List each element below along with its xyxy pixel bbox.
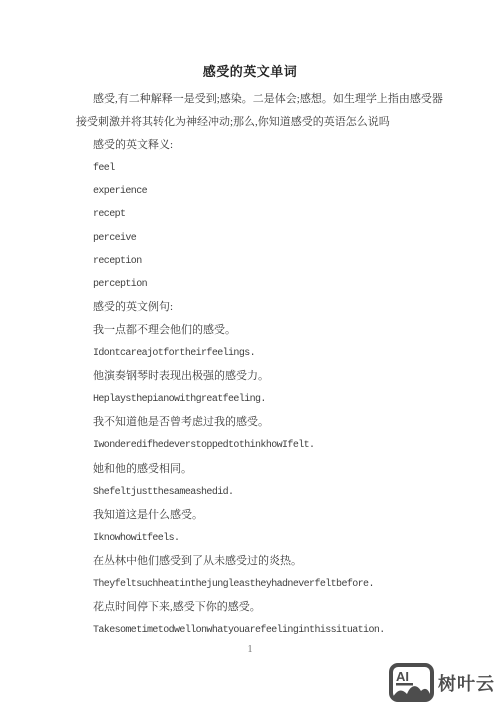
text-line: Takesometimetodwellonwhatyouarefeelingin…	[76, 619, 460, 642]
brand-name: 树叶云	[438, 670, 495, 696]
text-line: 我一点都不理会他们的感受。	[76, 319, 460, 342]
text-line: perception	[76, 273, 460, 296]
text-line: Shefeltjustthesameashedid.	[76, 481, 460, 504]
text-line: 在丛林中他们感受到了从未感受过的炎热。	[76, 550, 460, 573]
text-line: recept	[76, 203, 460, 226]
logo-ai-underline	[396, 683, 413, 686]
text-line: 他演奏钢琴时表现出极强的感受力。	[76, 365, 460, 388]
text-line: 我不知道他是否曾考虑过我的感受。	[76, 411, 460, 434]
page-title: 感受的英文单词	[0, 0, 500, 82]
text-line: Heplaysthepianowithgreatfeeling.	[76, 388, 460, 411]
text-line: Iknowhowitfeels.	[76, 527, 460, 550]
document-body: 感受,有二种解释一是受到;感染。二是体会;感想。如生理学上指由感受器接受刺激并将…	[0, 88, 500, 642]
text-line: Idontcareajotfortheirfeelings.	[76, 342, 460, 365]
text-line: 感受,有二种解释一是受到;感染。二是体会;感想。如生理学上指由感受器	[76, 88, 460, 111]
document-page: 感受的英文单词 感受,有二种解释一是受到;感染。二是体会;感想。如生理学上指由感…	[0, 0, 500, 708]
logo-ai-text: AI	[396, 669, 409, 684]
page-number: 1	[0, 643, 500, 657]
text-line: 感受的英文释义:	[76, 134, 460, 157]
text-line: Theyfeltsuchheatinthejungleastheyhadneve…	[76, 573, 460, 596]
text-line: 花点时间停下来,感受下你的感受。	[76, 596, 460, 619]
text-line: reception	[76, 250, 460, 273]
text-line: IwonderedifhedeverstoppedtothinkhowIfelt…	[76, 434, 460, 457]
logo-mountain-icon	[393, 686, 430, 698]
text-line: feel	[76, 157, 460, 180]
text-line: 她和他的感受相同。	[76, 458, 460, 481]
brand-logo-icon: AI	[389, 663, 434, 702]
text-line: 感受的英文例句:	[76, 296, 460, 319]
watermark: AI 树叶云	[389, 663, 495, 702]
text-line: perceive	[76, 227, 460, 250]
text-line: 我知道这是什么感受。	[76, 504, 460, 527]
text-line: experience	[76, 180, 460, 203]
text-line: 接受刺激并将其转化为神经冲动;那么,你知道感受的英语怎么说吗	[76, 111, 460, 134]
